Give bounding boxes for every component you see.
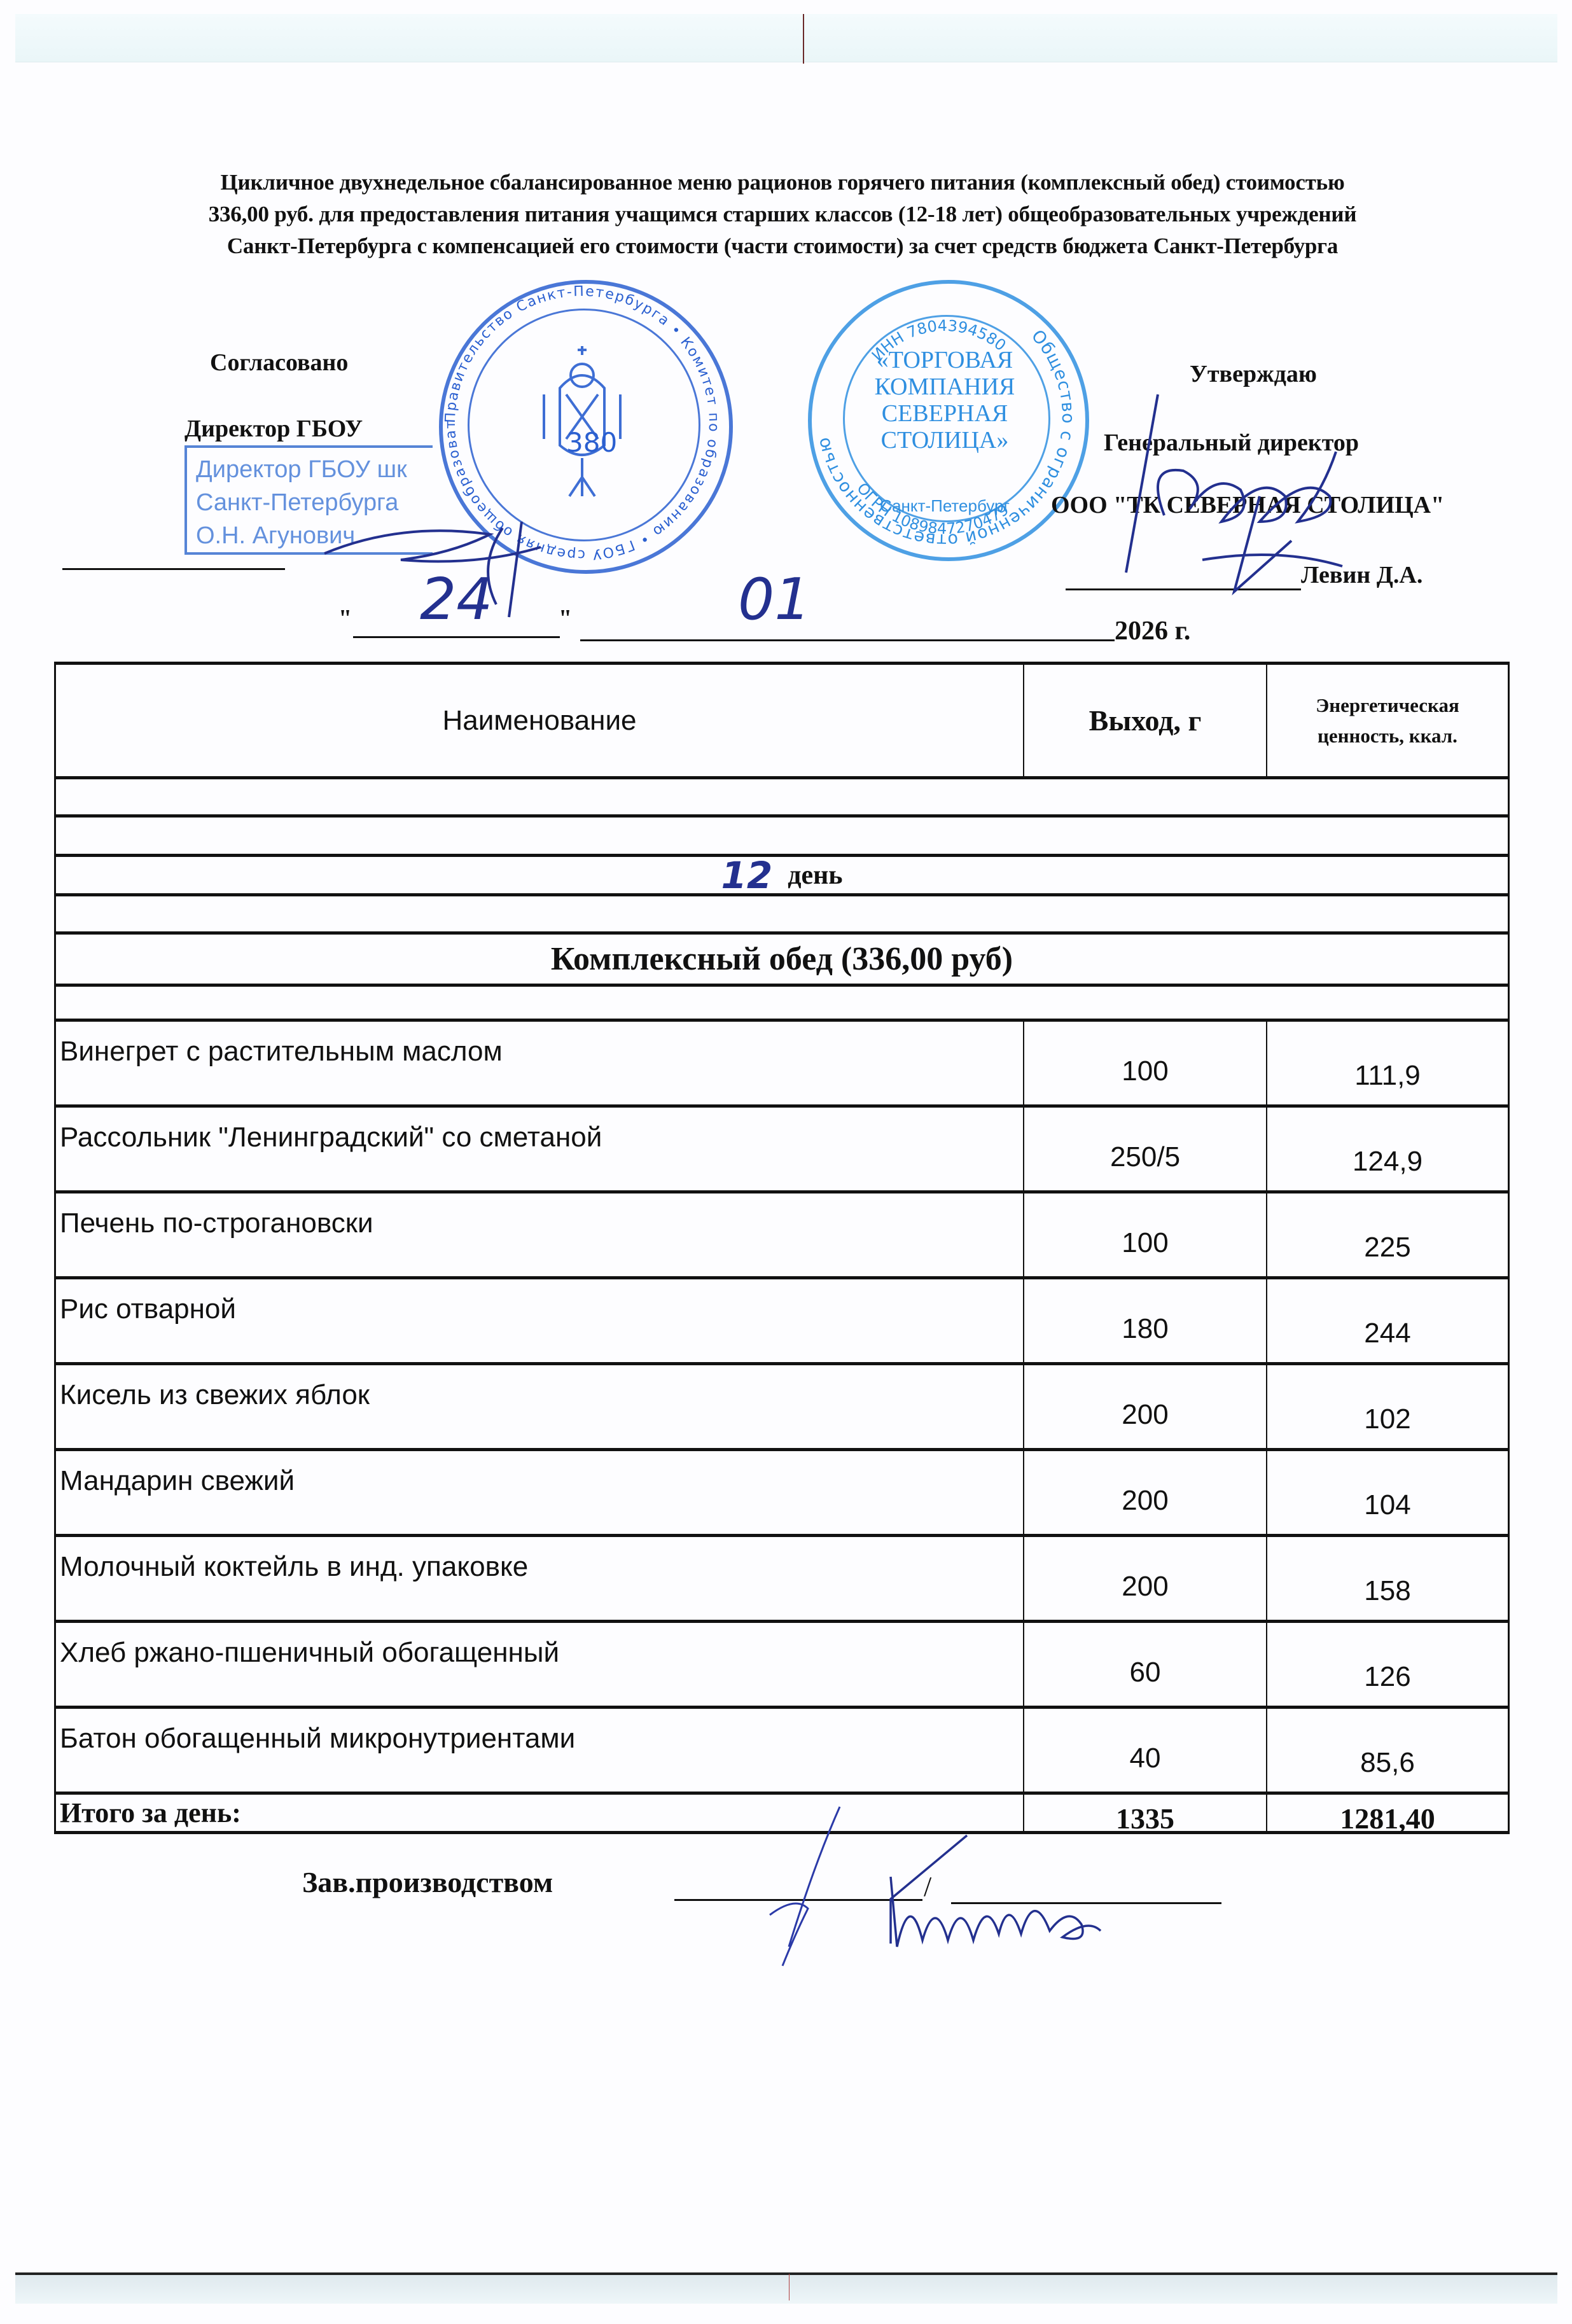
item-output: 200 xyxy=(1023,1451,1266,1534)
title-line: 336,00 руб. для предоставления питания у… xyxy=(51,198,1514,230)
scan-artifact-line xyxy=(803,14,804,64)
table-row: Кисель из свежих яблок200102 xyxy=(54,1365,1510,1451)
stamp-name-line: СЕВЕРНАЯ xyxy=(872,400,1018,427)
item-name: Батон обогащенный микронутриентами xyxy=(56,1709,1023,1792)
header-output: Выход, г xyxy=(1023,665,1266,776)
company-stamp-name: «ТОРГОВАЯ КОМПАНИЯ СЕВЕРНАЯ СТОЛИЦА» xyxy=(872,347,1018,454)
stamp-name-line: КОМПАНИЯ xyxy=(872,373,1018,400)
item-energy: 126 xyxy=(1266,1623,1508,1706)
stamp-name-line: СТОЛИЦА» xyxy=(872,427,1018,454)
header-name: Наименование xyxy=(56,665,1023,776)
header-energy-line: ценность, ккал. xyxy=(1316,721,1459,751)
date-day-line xyxy=(353,636,560,638)
item-energy: 104 xyxy=(1266,1451,1508,1534)
table-header-row: Наименование Выход, г Энергетическаяценн… xyxy=(54,662,1510,779)
date-year: 2026 г. xyxy=(1115,616,1190,646)
empty-row xyxy=(54,987,1510,1022)
stamp-name-line: «ТОРГОВАЯ xyxy=(872,347,1018,373)
table-row: Батон обогащенный микронутриентами4085,6 xyxy=(54,1709,1510,1795)
title-line: Санкт-Петербурга с компенсацией его стои… xyxy=(51,230,1514,262)
empty-row xyxy=(54,896,1510,935)
title-line: Цикличное двухнедельное сбалансированное… xyxy=(51,167,1514,198)
scan-border-top xyxy=(15,14,1557,62)
table-row: Хлеб ржано-пшеничный обогащенный60126 xyxy=(54,1623,1510,1709)
item-name: Молочный коктейль в инд. упаковке xyxy=(56,1537,1023,1620)
item-output: 180 xyxy=(1023,1279,1266,1362)
day-row: 12 день xyxy=(54,857,1510,896)
table-row: Рассольник "Ленинградский" со сметаной25… xyxy=(54,1108,1510,1193)
table-row: Молочный коктейль в инд. упаковке200158 xyxy=(54,1537,1510,1623)
date-day-handwritten: 24 xyxy=(420,566,493,633)
production-head-label: Зав.производством xyxy=(302,1865,553,1899)
menu-table: Наименование Выход, г Энергетическаяценн… xyxy=(54,662,1510,1834)
item-energy: 85,6 xyxy=(1266,1709,1508,1792)
date-month-line xyxy=(580,639,1115,641)
item-output: 40 xyxy=(1023,1709,1266,1792)
table-row: Рис отварной180244 xyxy=(54,1279,1510,1365)
item-name: Кисель из свежих яблок xyxy=(56,1365,1023,1448)
scan-artifact-line xyxy=(789,2274,789,2300)
item-name: Рис отварной xyxy=(56,1279,1023,1362)
left-signature-line xyxy=(62,568,285,570)
header-energy: Энергетическаяценность, ккал. xyxy=(1266,665,1508,776)
item-energy: 124,9 xyxy=(1266,1108,1508,1190)
table-row: Винегрет с растительным маслом100111,9 xyxy=(54,1022,1510,1108)
date-close-quote: " xyxy=(559,604,572,632)
item-energy: 102 xyxy=(1266,1365,1508,1448)
date-open-quote: " xyxy=(338,604,352,632)
director-position-label: Директор ГБОУ xyxy=(184,415,363,443)
general-director-signature-icon xyxy=(1107,369,1463,598)
section-title: Комплексный обед (336,00 руб) xyxy=(56,935,1508,984)
empty-row xyxy=(54,779,1510,818)
day-number-handwritten: 12 xyxy=(721,854,772,897)
item-output: 200 xyxy=(1023,1365,1266,1448)
table-row: Печень по-строгановски100225 xyxy=(54,1193,1510,1279)
section-row: Комплексный обед (336,00 руб) xyxy=(54,935,1510,987)
agreed-label: Согласовано xyxy=(210,349,348,377)
document-title: Цикличное двухнедельное сбалансированное… xyxy=(51,167,1514,262)
item-output: 100 xyxy=(1023,1022,1266,1104)
item-output: 250/5 xyxy=(1023,1108,1266,1190)
item-name: Хлеб ржано-пшеничный обогащенный xyxy=(56,1623,1023,1706)
stamp-line: Директор ГБОУ шк xyxy=(196,453,433,486)
table-row: Мандарин свежий200104 xyxy=(54,1451,1510,1537)
date-month-handwritten: 01 xyxy=(738,566,811,633)
company-stamp-city: Санкт-Петербург xyxy=(872,496,1018,516)
item-name: Печень по-строгановски xyxy=(56,1193,1023,1276)
item-energy: 244 xyxy=(1266,1279,1508,1362)
item-energy: 111,9 xyxy=(1266,1022,1508,1104)
item-name: Винегрет с растительным маслом xyxy=(56,1022,1023,1104)
header-energy-line: Энергетическая xyxy=(1316,690,1459,721)
item-energy: 158 xyxy=(1266,1537,1508,1620)
day-label: день xyxy=(788,860,842,891)
item-energy: 225 xyxy=(1266,1193,1508,1276)
item-output: 200 xyxy=(1023,1537,1266,1620)
item-output: 100 xyxy=(1023,1193,1266,1276)
empty-row xyxy=(54,818,1510,857)
svg-text:380: 380 xyxy=(566,427,617,458)
production-head-signature-icon xyxy=(732,1800,1304,1979)
item-output: 60 xyxy=(1023,1623,1266,1706)
item-name: Мандарин свежий xyxy=(56,1451,1023,1534)
item-name: Рассольник "Ленинградский" со сметаной xyxy=(56,1108,1023,1190)
scan-border-bottom xyxy=(15,2272,1557,2304)
